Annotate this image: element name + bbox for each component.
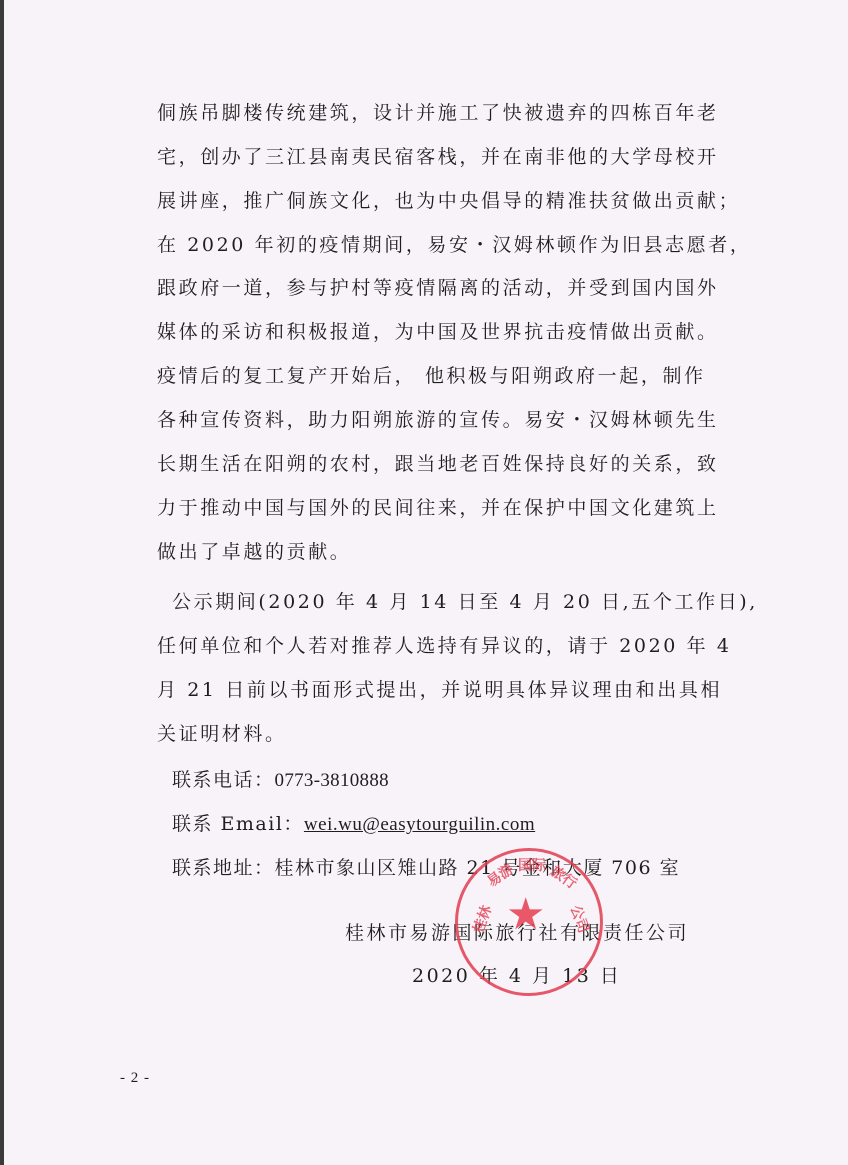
notice-line: 月 21 日前以书面形式提出，并说明具体异议理由和出具相 — [157, 678, 722, 702]
notice-line: 公示期间(2020 年 4 月 14 日至 4 月 20 日,五个工作日), — [172, 590, 758, 614]
body-line: 侗族吊脚楼传统建筑，设计并施工了快被遗弃的四栋百年老 — [157, 101, 719, 125]
notice-line: 关证明材料。 — [157, 722, 287, 746]
notice-line: 任何单位和个人若对推荐人选持有异议的，请于 2020 年 4 — [157, 634, 732, 658]
body-line: 做出了卓越的贡献。 — [157, 540, 351, 564]
page-number: - 2 - — [120, 1070, 150, 1087]
body-line: 长期生活在阳朔的农村，跟当地老百姓保持良好的关系，致 — [157, 452, 719, 476]
body-line: 展讲座，推广侗族文化，也为中央倡导的精准扶贫做出贡献； — [157, 189, 740, 213]
body-line: 疫情后的复工复产开始后， 他积极与阳朔政府一起，制作 — [157, 364, 706, 388]
document-page: 侗族吊脚楼传统建筑，设计并施工了快被遗弃的四栋百年老 宅，创办了三江县南夷民宿客… — [0, 0, 848, 1165]
contact-email-row: 联系 Email：wei.wu@easytourguilin.com — [172, 812, 535, 837]
body-line: 跟政府一道，参与护村等疫情隔离的活动，并受到国内国外 — [157, 276, 719, 300]
signature-organization: 桂林市易游国际旅行社有限责任公司 — [345, 918, 689, 945]
contact-phone-row: 联系电话：0773-3810888 — [172, 768, 389, 793]
contact-email-link[interactable]: wei.wu@easytourguilin.com — [304, 814, 535, 835]
contact-phone-label: 联系电话： — [172, 769, 275, 791]
scan-edge — [0, 0, 4, 1165]
contact-phone-value: 0773-3810888 — [275, 770, 389, 791]
body-line: 媒体的采访和积极报道，为中国及世界抗击疫情做出贡献。 — [157, 320, 719, 344]
body-line: 在 2020 年初的疫情期间，易安・汉姆林顿作为旧县志愿者， — [157, 233, 751, 257]
contact-address-value: 桂林市象山区雉山路 21 号金和大厦 706 室 — [275, 857, 681, 879]
contact-address-row: 联系地址：桂林市象山区雉山路 21 号金和大厦 706 室 — [172, 856, 680, 880]
signature-date: 2020 年 4 月 13 日 — [412, 961, 621, 988]
body-line: 各种宣传资料，助力阳朔旅游的宣传。易安・汉姆林顿先生 — [157, 408, 719, 432]
contact-address-label: 联系地址： — [172, 857, 275, 879]
contact-email-label: 联系 Email： — [172, 813, 304, 835]
body-line: 力于推动中国与国外的民间往来，并在保护中国文化建筑上 — [157, 496, 719, 520]
body-line: 宅，创办了三江县南夷民宿客栈，并在南非他的大学母校开 — [157, 145, 719, 169]
